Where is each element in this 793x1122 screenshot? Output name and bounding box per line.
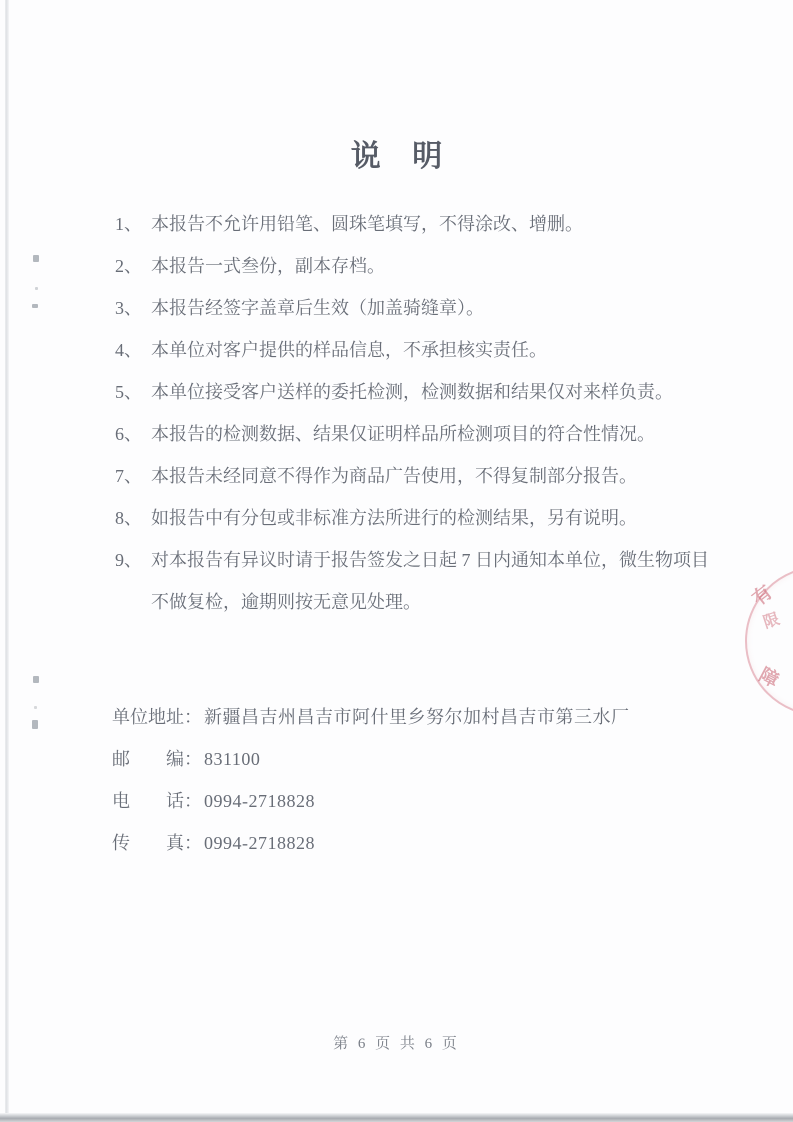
seal-character: 有 bbox=[746, 578, 778, 611]
contact-value: 新疆昌吉州昌吉市阿什里乡努尔加村昌吉市第三水厂 bbox=[204, 696, 732, 738]
note-number: 5、 bbox=[115, 371, 151, 413]
note-item-4: 4、 本单位对客户提供的样品信息，不承担核实责任。 bbox=[115, 329, 715, 371]
note-number: 2、 bbox=[115, 245, 151, 287]
note-item-6: 6、 本报告的检测数据、结果仅证明样品所检测项目的符合性情况。 bbox=[115, 413, 715, 455]
note-number: 7、 bbox=[115, 455, 151, 497]
report-notes-page: 说 明 1、 本报告不允许用铅笔、圆珠笔填写，不得涂改、增删。 2、 本报告一式… bbox=[0, 0, 793, 1122]
page-number: 第 6 页 共 6 页 bbox=[0, 1032, 793, 1053]
scan-speck bbox=[33, 255, 39, 262]
note-text: 本报告的检测数据、结果仅证明样品所检测项目的符合性情况。 bbox=[151, 413, 715, 455]
contact-label: 电 话： bbox=[112, 780, 204, 822]
note-item-5: 5、 本单位接受客户送样的委托检测，检测数据和结果仅对来样负责。 bbox=[115, 371, 715, 413]
contact-block: 单位地址： 新疆昌吉州昌吉市阿什里乡努尔加村昌吉市第三水厂 邮 编： 83110… bbox=[112, 696, 732, 864]
note-number: 3、 bbox=[115, 287, 151, 329]
note-item-2: 2、 本报告一式叁份，副本存档。 bbox=[115, 245, 715, 287]
note-text: 如报告中有分包或非标准方法所进行的检测结果，另有说明。 bbox=[151, 497, 715, 539]
scan-bottom-edge bbox=[0, 1113, 793, 1122]
contact-label: 传 真： bbox=[112, 822, 204, 864]
note-number: 1、 bbox=[115, 203, 151, 245]
contact-address: 单位地址： 新疆昌吉州昌吉市阿什里乡努尔加村昌吉市第三水厂 bbox=[112, 696, 732, 738]
note-number: 9、 bbox=[115, 539, 151, 623]
note-item-1: 1、 本报告不允许用铅笔、圆珠笔填写，不得涂改、增删。 bbox=[115, 203, 715, 245]
seal-circle-icon bbox=[745, 566, 793, 716]
contact-label: 邮 编： bbox=[112, 738, 204, 780]
note-text: 本报告一式叁份，副本存档。 bbox=[151, 245, 715, 287]
note-item-3: 3、 本报告经签字盖章后生效（加盖骑缝章）。 bbox=[115, 287, 715, 329]
note-number: 8、 bbox=[115, 497, 151, 539]
note-text: 本报告未经同意不得作为商品广告使用，不得复制部分报告。 bbox=[151, 455, 715, 497]
note-item-7: 7、 本报告未经同意不得作为商品广告使用，不得复制部分报告。 bbox=[115, 455, 715, 497]
note-text: 本单位对客户提供的样品信息，不承担核实责任。 bbox=[151, 329, 715, 371]
note-text: 对本报告有异议时请于报告签发之日起 7 日内通知本单位，微生物项目不做复检，逾期… bbox=[151, 539, 711, 623]
notes-list: 1、 本报告不允许用铅笔、圆珠笔填写，不得涂改、增删。 2、 本报告一式叁份，副… bbox=[115, 203, 715, 623]
contact-value: 831100 bbox=[204, 738, 732, 780]
scan-speck bbox=[34, 706, 37, 709]
contact-postcode: 邮 编： 831100 bbox=[112, 738, 732, 780]
contact-value: 0994-2718828 bbox=[204, 822, 732, 864]
scan-speck bbox=[35, 287, 38, 290]
scan-speck bbox=[32, 720, 38, 729]
scan-speck bbox=[33, 676, 39, 683]
note-text: 本报告经签字盖章后生效（加盖骑缝章）。 bbox=[151, 287, 715, 329]
note-item-9: 9、 对本报告有异议时请于报告签发之日起 7 日内通知本单位，微生物项目不做复检… bbox=[115, 539, 715, 623]
note-number: 4、 bbox=[115, 329, 151, 371]
note-text: 本单位接受客户送样的委托检测，检测数据和结果仅对来样负责。 bbox=[151, 371, 715, 413]
page-title: 说 明 bbox=[0, 131, 793, 175]
note-text: 本报告不允许用铅笔、圆珠笔填写，不得涂改、增删。 bbox=[151, 203, 715, 245]
contact-label: 单位地址： bbox=[112, 696, 204, 738]
note-item-8: 8、 如报告中有分包或非标准方法所进行的检测结果，另有说明。 bbox=[115, 497, 715, 539]
seal-character: 限 bbox=[760, 606, 782, 633]
seal-character: 障 bbox=[755, 660, 784, 693]
scan-speck bbox=[32, 304, 38, 308]
contact-value: 0994-2718828 bbox=[204, 780, 732, 822]
contact-phone: 电 话： 0994-2718828 bbox=[112, 780, 732, 822]
note-number: 6、 bbox=[115, 413, 151, 455]
contact-fax: 传 真： 0994-2718828 bbox=[112, 822, 732, 864]
